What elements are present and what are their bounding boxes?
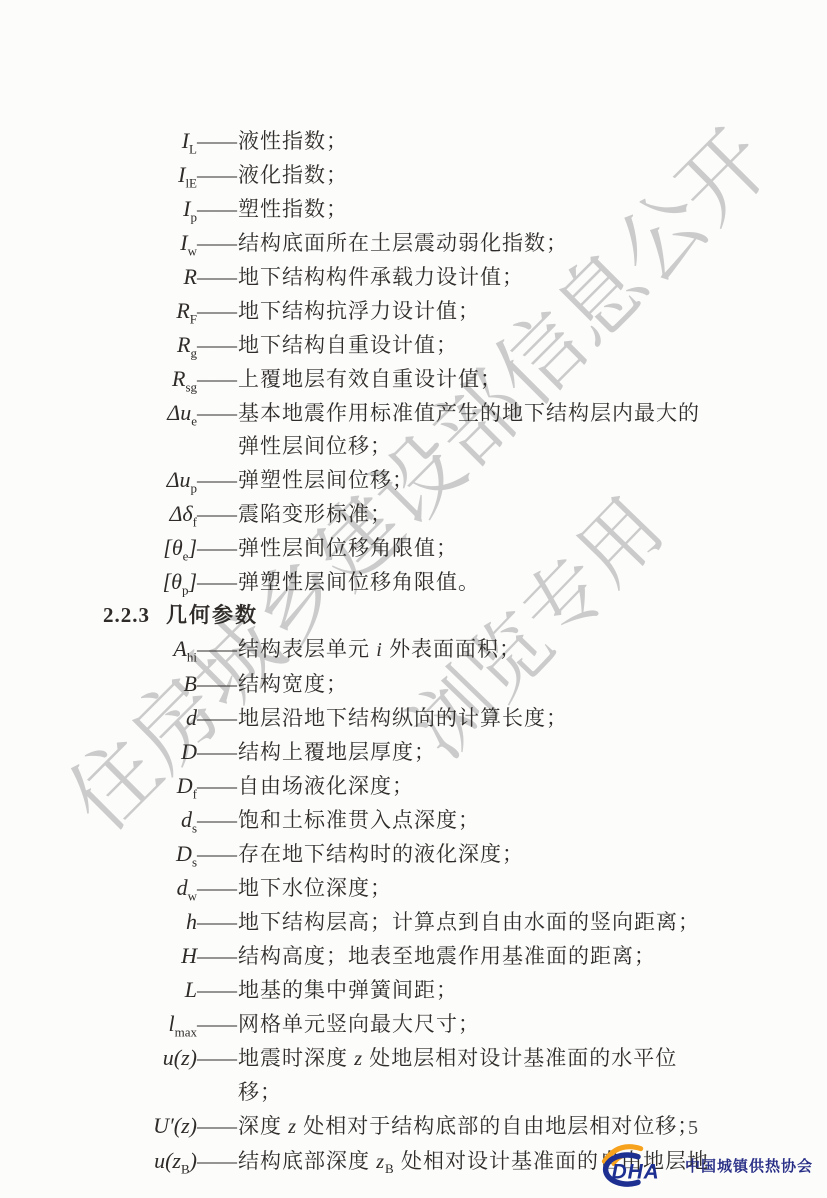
symbol-definition: 存在地下结构时的液化深度； bbox=[235, 838, 524, 871]
symbol-base: [θ bbox=[163, 535, 182, 560]
variable: i bbox=[376, 639, 383, 661]
symbol-term: [θp] bbox=[85, 565, 197, 598]
symbol-subscript: w bbox=[188, 243, 197, 258]
symbol-term: H bbox=[85, 939, 197, 972]
symbol-definition: 地震时深度 z 处地层相对设计基准面的水平位移； bbox=[235, 1042, 718, 1109]
symbol-term: Δδf bbox=[85, 497, 197, 530]
symbol-base: d bbox=[181, 807, 192, 832]
symbol-entry: L——地基的集中弹簧间距； bbox=[85, 973, 765, 1007]
symbol-entry: dw——地下水位深度； bbox=[85, 871, 765, 905]
symbol-subscript: F bbox=[190, 311, 197, 326]
symbol-base: d bbox=[186, 705, 197, 730]
symbol-base: d bbox=[177, 875, 188, 900]
symbol-term: Rg bbox=[85, 328, 197, 361]
symbol-definition: 结构高度；地表至地震作用基准面的距离； bbox=[235, 940, 656, 973]
symbol-definition: 结构底面所在土层震动弱化指数； bbox=[235, 227, 568, 260]
dash-separator: —— bbox=[197, 1145, 235, 1178]
symbol-base: R bbox=[184, 264, 197, 289]
dash-separator: —— bbox=[197, 1110, 235, 1143]
symbol-definition: 弹塑性层间位移角限值。 bbox=[235, 566, 480, 599]
symbol-base: R bbox=[172, 366, 185, 391]
symbol-term: L bbox=[85, 973, 197, 1006]
symbol-entry: Df——自由场液化深度； bbox=[85, 769, 765, 803]
symbol-term: u(z) bbox=[85, 1041, 197, 1074]
symbol-definition: 震陷变形标准； bbox=[235, 498, 392, 531]
dash-separator: —— bbox=[197, 940, 235, 973]
dash-separator: —— bbox=[197, 1008, 235, 1041]
symbol-subscript: lE bbox=[185, 175, 197, 190]
symbol-term: Δue bbox=[85, 396, 197, 429]
symbol-term: Δup bbox=[85, 463, 197, 496]
symbol-definition: 地下结构自重设计值； bbox=[235, 329, 458, 362]
dash-separator: —— bbox=[197, 633, 235, 666]
dash-separator: —— bbox=[197, 295, 235, 328]
symbol-entry: [θe]——弹性层间位移角限值； bbox=[85, 531, 765, 565]
symbol-definition: 网格单元竖向最大尺寸； bbox=[235, 1008, 480, 1041]
symbol-definition: 弹性层间位移角限值； bbox=[235, 532, 458, 565]
symbol-definition: 地下水位深度； bbox=[235, 872, 392, 905]
symbol-entry: d——地层沿地下结构纵向的计算长度； bbox=[85, 701, 765, 735]
symbol-base: D bbox=[177, 773, 193, 798]
dash-separator: —— bbox=[197, 974, 235, 1007]
symbol-term: U′(z) bbox=[85, 1109, 197, 1142]
association-logo: DHA 中国城镇供热协会 bbox=[598, 1142, 813, 1188]
symbol-definition: 液化指数； bbox=[235, 159, 348, 192]
symbol-entry: R——地下结构构件承载力设计值； bbox=[85, 260, 765, 294]
symbol-base: Δδ bbox=[170, 501, 193, 526]
symbol-base: U′(z) bbox=[153, 1113, 197, 1138]
symbol-term: Df bbox=[85, 769, 197, 802]
symbol-base: R bbox=[176, 298, 189, 323]
symbol-definitions-list: IL——液性指数；IlE——液化指数；Ip——塑性指数；Iw——结构底面所在土层… bbox=[85, 124, 765, 1179]
symbol-base: D bbox=[176, 841, 192, 866]
symbol-definition: 饱和土标准贯入点深度； bbox=[235, 804, 480, 837]
symbol-definition: 结构宽度； bbox=[235, 668, 348, 701]
symbol-entry: Δup——弹塑性层间位移； bbox=[85, 463, 765, 497]
logo-abbr-text: DHA bbox=[612, 1161, 660, 1184]
dash-separator: —— bbox=[197, 532, 235, 565]
symbol-entry: h——地下结构层高；计算点到自由水面的竖向距离； bbox=[85, 905, 765, 939]
dash-separator: —— bbox=[197, 193, 235, 226]
symbol-subscript: max bbox=[175, 1024, 197, 1039]
document-page: 住房城乡建设部信息公开 浏览专用 IL——液性指数；IlE——液化指数；Ip——… bbox=[0, 0, 827, 1198]
symbol-term: IL bbox=[85, 124, 197, 157]
symbol-term: u(zB) bbox=[85, 1144, 197, 1177]
dash-separator: —— bbox=[197, 159, 235, 192]
symbol-entry: IlE——液化指数； bbox=[85, 158, 765, 192]
symbol-definition: 塑性指数； bbox=[235, 193, 348, 226]
symbol-term: ds bbox=[85, 803, 197, 836]
symbol-entry: [θp]——弹塑性层间位移角限值。 bbox=[85, 565, 765, 599]
association-name: 中国城镇供热协会 bbox=[685, 1155, 813, 1176]
dash-separator: —— bbox=[197, 363, 235, 396]
symbol-base: I bbox=[183, 196, 190, 221]
dash-separator: —— bbox=[197, 566, 235, 599]
symbol-entry: lmax——网格单元竖向最大尺寸； bbox=[85, 1007, 765, 1041]
symbol-subscript: hi bbox=[187, 649, 197, 664]
symbol-entry: Δue——基本地震作用标准值产生的地下结构层内最大的弹性层间位移； bbox=[85, 396, 765, 463]
dash-separator: —— bbox=[197, 1042, 235, 1075]
page-number: 5 bbox=[688, 1117, 698, 1140]
dash-separator: —— bbox=[197, 125, 235, 158]
symbol-base: A bbox=[173, 636, 186, 661]
symbol-entry: Δδf——震陷变形标准； bbox=[85, 497, 765, 531]
dash-separator: —— bbox=[197, 329, 235, 362]
dash-separator: —— bbox=[197, 838, 235, 871]
dha-logo-icon: DHA bbox=[598, 1142, 678, 1188]
dash-separator: —— bbox=[197, 736, 235, 769]
symbol-base: [θ bbox=[163, 569, 182, 594]
dash-separator: —— bbox=[197, 770, 235, 803]
dash-separator: —— bbox=[197, 804, 235, 837]
symbol-entry: D——结构上覆地层厚度； bbox=[85, 735, 765, 769]
symbol-term: Iw bbox=[85, 226, 197, 259]
symbol-definition: 上覆地层有效自重设计值； bbox=[235, 363, 502, 396]
symbol-base: D bbox=[181, 739, 197, 764]
symbol-term: Ds bbox=[85, 837, 197, 870]
symbol-entry: H——结构高度；地表至地震作用基准面的距离； bbox=[85, 939, 765, 973]
variable-subscript: B bbox=[385, 1161, 395, 1176]
symbol-entry: Rsg——上覆地层有效自重设计值； bbox=[85, 362, 765, 396]
symbol-term: RF bbox=[85, 294, 197, 327]
symbol-subscript: L bbox=[189, 141, 197, 156]
symbol-definition: 结构表层单元 i 外表面面积； bbox=[235, 633, 521, 667]
variable: z bbox=[288, 1116, 297, 1138]
dash-separator: —— bbox=[197, 906, 235, 939]
dash-separator: —— bbox=[197, 668, 235, 701]
symbol-term: D bbox=[85, 735, 197, 768]
symbol-definition: 地下结构构件承载力设计值； bbox=[235, 261, 524, 294]
symbol-base: Δu bbox=[167, 467, 191, 492]
dash-separator: —— bbox=[197, 261, 235, 294]
symbol-definition: 深度 z 处相对于结构底部的自由地层相对位移； bbox=[235, 1110, 699, 1144]
symbol-base: I bbox=[182, 128, 189, 153]
symbol-entry: Ahi——结构表层单元 i 外表面面积； bbox=[85, 632, 765, 667]
symbol-term: IlE bbox=[85, 158, 197, 191]
symbol-definition: 地下结构层高；计算点到自由水面的竖向距离； bbox=[235, 906, 700, 939]
symbol-entry: ds——饱和土标准贯入点深度； bbox=[85, 803, 765, 837]
symbol-entry: Ip——塑性指数； bbox=[85, 192, 765, 226]
symbol-entry: U′(z)——深度 z 处相对于结构底部的自由地层相对位移； bbox=[85, 1109, 765, 1144]
symbol-base: L bbox=[185, 977, 197, 1002]
symbol-definition: 自由场液化深度； bbox=[235, 770, 414, 803]
symbol-entry: Iw——结构底面所在土层震动弱化指数； bbox=[85, 226, 765, 260]
section-number: 2.2.3 bbox=[103, 599, 150, 632]
dash-separator: —— bbox=[197, 702, 235, 735]
dash-separator: —— bbox=[197, 397, 235, 430]
symbol-definition: 地基的集中弹簧间距； bbox=[235, 974, 458, 1007]
symbol-base: R bbox=[177, 332, 190, 357]
section-title: 几何参数 bbox=[166, 599, 258, 632]
variable: z bbox=[376, 1151, 385, 1173]
symbol-definition: 地下结构抗浮力设计值； bbox=[235, 295, 480, 328]
symbol-suffix: ) bbox=[190, 1148, 197, 1173]
symbol-base: B bbox=[184, 671, 197, 696]
dash-separator: —— bbox=[197, 227, 235, 260]
dash-separator: —— bbox=[197, 498, 235, 531]
dash-separator: —— bbox=[197, 464, 235, 497]
symbol-term: d bbox=[85, 701, 197, 734]
symbol-definition: 地层沿地下结构纵向的计算长度； bbox=[235, 702, 568, 735]
symbol-base: u(z) bbox=[163, 1045, 197, 1070]
symbol-suffix: ] bbox=[188, 535, 197, 560]
symbol-definition: 结构上覆地层厚度； bbox=[235, 736, 436, 769]
symbol-subscript: sg bbox=[185, 379, 197, 394]
symbol-definition: 基本地震作用标准值产生的地下结构层内最大的弹性层间位移； bbox=[235, 397, 718, 463]
dash-separator: —— bbox=[197, 872, 235, 905]
symbol-term: [θe] bbox=[85, 531, 197, 564]
symbol-entry: u(z)——地震时深度 z 处地层相对设计基准面的水平位移； bbox=[85, 1041, 765, 1109]
symbol-base: H bbox=[181, 943, 197, 968]
symbol-term: Rsg bbox=[85, 362, 197, 395]
symbol-term: lmax bbox=[85, 1007, 197, 1040]
symbol-base: Δu bbox=[167, 400, 191, 425]
symbol-entry: IL——液性指数； bbox=[85, 124, 765, 158]
symbol-base: u(z bbox=[154, 1148, 181, 1173]
symbol-suffix: ] bbox=[188, 569, 197, 594]
symbol-base: I bbox=[180, 230, 187, 255]
symbol-term: h bbox=[85, 905, 197, 938]
symbol-entry: RF——地下结构抗浮力设计值； bbox=[85, 294, 765, 328]
symbol-base: h bbox=[186, 909, 197, 934]
symbol-entry: B——结构宽度； bbox=[85, 667, 765, 701]
symbol-subscript: B bbox=[181, 1161, 190, 1176]
section-heading: 2.2.3几何参数 bbox=[85, 599, 765, 632]
symbol-subscript: w bbox=[188, 888, 197, 903]
symbol-entry: Rg——地下结构自重设计值； bbox=[85, 328, 765, 362]
symbol-definition: 液性指数； bbox=[235, 125, 348, 158]
symbol-entry: Ds——存在地下结构时的液化深度； bbox=[85, 837, 765, 871]
symbol-term: R bbox=[85, 260, 197, 293]
symbol-term: Ip bbox=[85, 192, 197, 225]
variable: z bbox=[354, 1048, 363, 1070]
symbol-term: B bbox=[85, 667, 197, 700]
symbol-term: dw bbox=[85, 871, 197, 904]
symbol-definition: 弹塑性层间位移； bbox=[235, 464, 414, 497]
symbol-term: Ahi bbox=[85, 632, 197, 665]
